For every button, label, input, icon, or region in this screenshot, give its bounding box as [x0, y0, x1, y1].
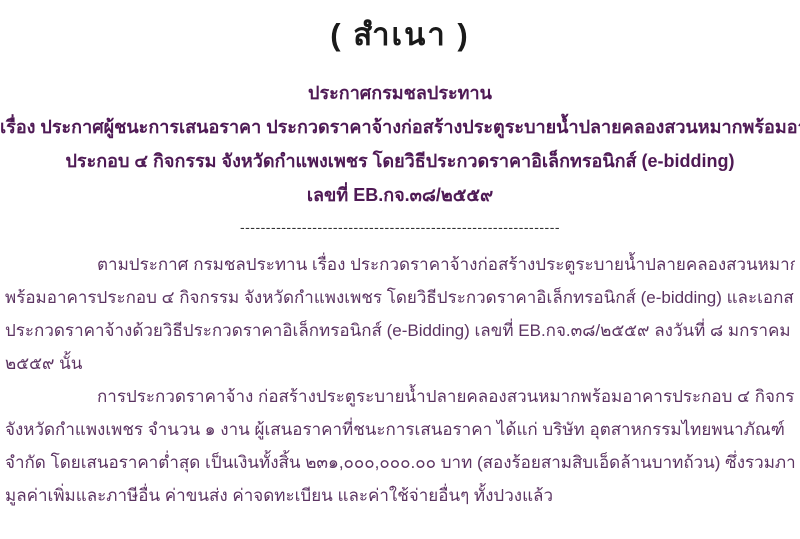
paragraph-2-line-4: มูลค่าเพิ่มและภาษีอื่น ค่าขนส่ง ค่าจดทะเ… [5, 479, 795, 512]
document-body: ตามประกาศ กรมชลประทาน เรื่อง ประกวดราคาจ… [0, 248, 800, 512]
paragraph-2-line-1: การประกวดราคาจ้าง ก่อสร้างประตูระบายน้ำป… [5, 380, 795, 413]
announcement-header: ประกาศกรมชลประทาน เรื่อง ประกาศผู้ชนะการ… [0, 76, 800, 242]
paragraph-1-line-2: พร้อมอาคารประกอบ ๔ กิจกรรม จังหวัดกำแพงเ… [5, 281, 795, 314]
copy-label: ( สำเนา ) [0, 10, 800, 60]
paragraph-2: การประกวดราคาจ้าง ก่อสร้างประตูระบายน้ำป… [5, 380, 795, 512]
paragraph-1: ตามประกาศ กรมชลประทาน เรื่อง ประกวดราคาจ… [5, 248, 795, 380]
announcement-org-line: ประกาศกรมชลประทาน [0, 76, 800, 110]
paragraph-1-line-3: ประกวดราคาจ้างด้วยวิธีประกวดราคาอิเล็กทร… [5, 314, 795, 347]
paragraph-2-line-2: จังหวัดกำแพงเพชร จำนวน ๑ งาน ผู้เสนอราคา… [5, 413, 795, 446]
subject-line-1: เรื่อง ประกาศผู้ชนะการเสนอราคา ประกวดราค… [0, 110, 800, 144]
subject-line-2: ประกอบ ๔ กิจกรรม จังหวัดกำแพงเพชร โดยวิธ… [0, 144, 800, 178]
document-page: ( สำเนา ) ประกาศกรมชลประทาน เรื่อง ประกา… [0, 0, 800, 539]
dashed-divider: ----------------------------------------… [0, 212, 800, 242]
doc-number-line: เลขที่ EB.กจ.๓๘/๒๕๕๙ [0, 178, 800, 212]
paragraph-1-line-4: ๒๕๕๙ นั้น [5, 347, 795, 380]
paragraph-2-line-3: จำกัด โดยเสนอราคาต่ำสุด เป็นเงินทั้งสิ้น… [5, 446, 795, 479]
paragraph-1-line-1: ตามประกาศ กรมชลประทาน เรื่อง ประกวดราคาจ… [5, 248, 795, 281]
